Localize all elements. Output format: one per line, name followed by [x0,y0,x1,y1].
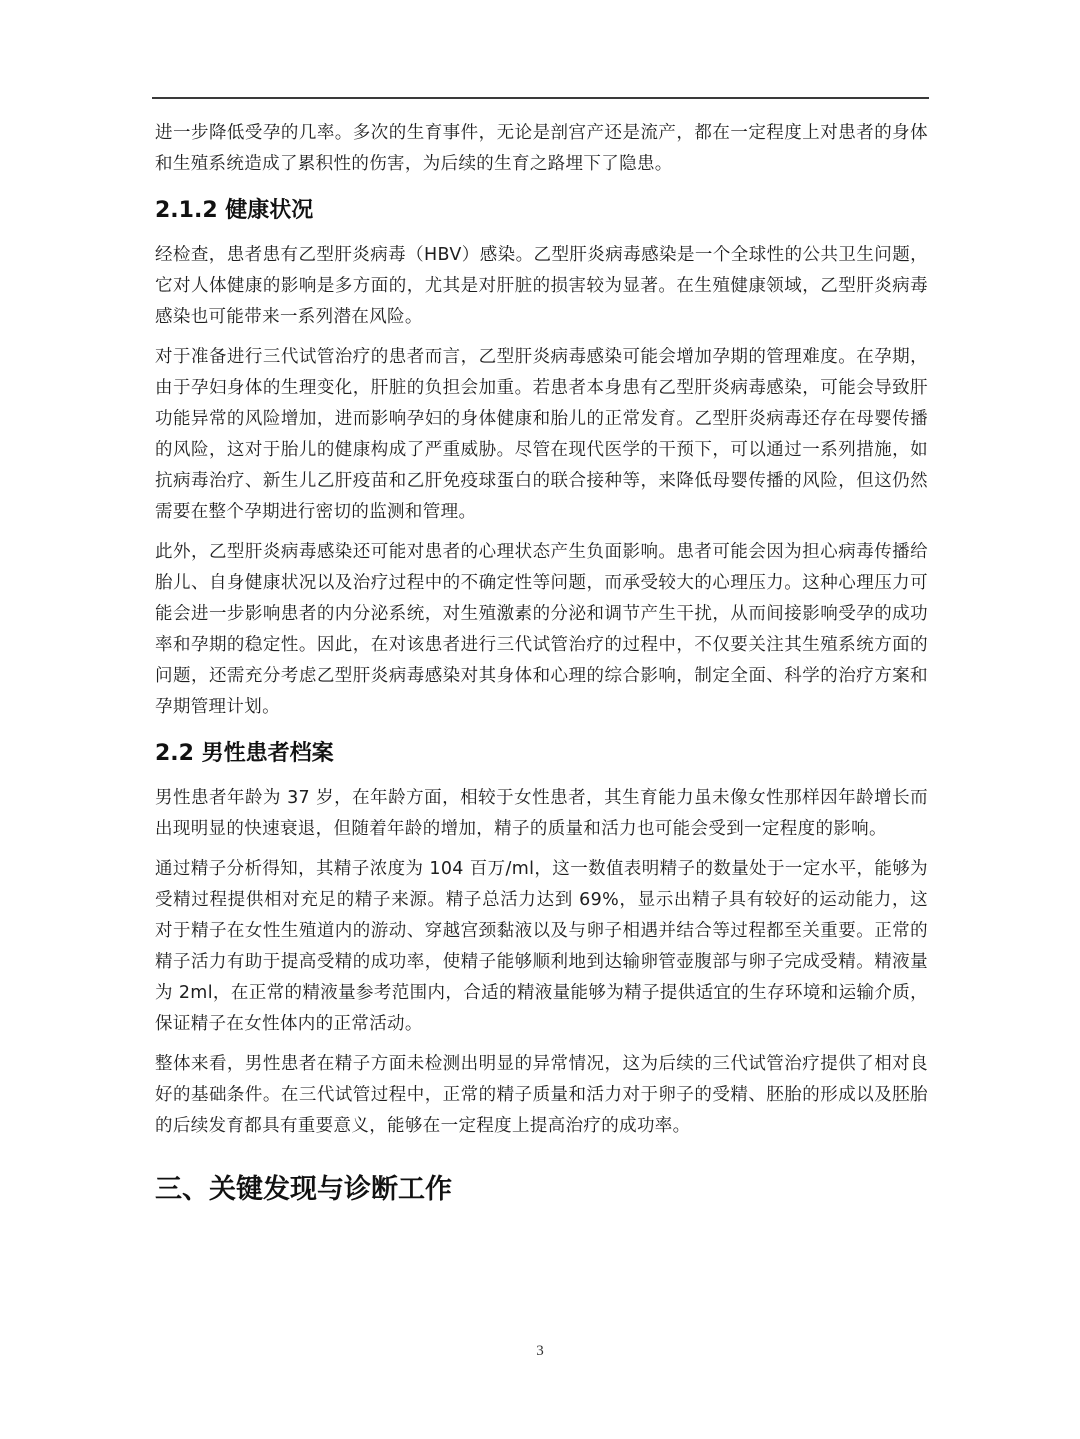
paragraph-sperm-analysis: 通过精子分析得知，其精子浓度为 104 百万/ml，这一数值表明精子的数量处于一… [155,854,928,1040]
header-rule [152,97,929,99]
chapter-heading-key-findings: 三、关键发现与诊断工作 [155,1170,928,1210]
section-heading-health-status: 2.1.2 健康状况 [155,194,928,228]
paragraph-overall-assessment: 整体来看，男性患者在精子方面未检测出明显的异常情况，这为后续的三代试管治疗提供了… [155,1049,928,1142]
paragraph-continuation: 进一步降低受孕的几率。多次的生育事件，无论是剖宫产还是流产，都在一定程度上对患者… [155,118,928,180]
section-heading-male-patient: 2.2 男性患者档案 [155,737,928,771]
paragraph-male-age: 男性患者年龄为 37 岁，在年龄方面，相较于女性患者，其生育能力虽未像女性那样因… [155,783,928,845]
page-number: 3 [0,1343,1080,1360]
paragraph-hbv-infection: 经检查，患者患有乙型肝炎病毒（HBV）感染。乙型肝炎病毒感染是一个全球性的公共卫… [155,240,928,333]
paragraph-psychological-impact: 此外，乙型肝炎病毒感染还可能对患者的心理状态产生负面影响。患者可能会因为担心病毒… [155,537,928,723]
paragraph-pregnancy-management: 对于准备进行三代试管治疗的患者而言，乙型肝炎病毒感染可能会增加孕期的管理难度。在… [155,342,928,528]
page-content: 进一步降低受孕的几率。多次的生育事件，无论是剖宫产还是流产，都在一定程度上对患者… [155,118,928,1210]
